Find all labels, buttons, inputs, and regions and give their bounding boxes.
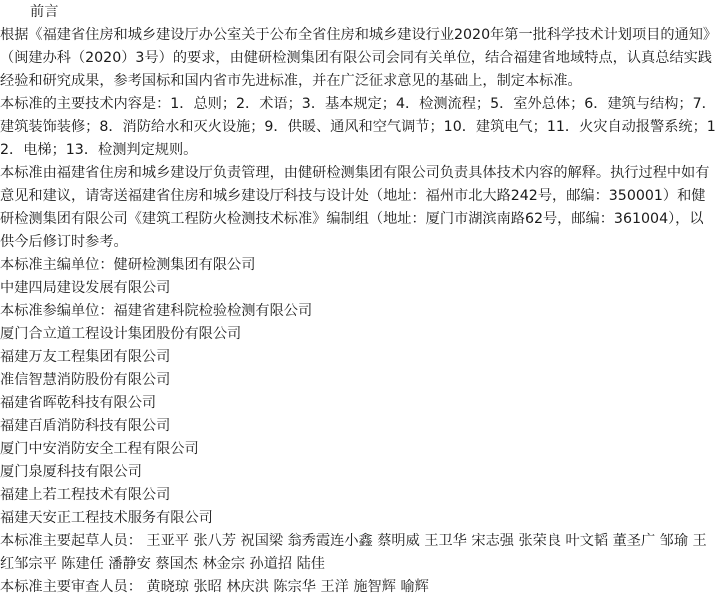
participating-line: 本标准参编单位：福建省建科院检验检测有限公司 (0, 300, 718, 323)
paragraph-contents: 本标准的主要技术内容是：1．总则；2．术语；3．基本规定；4．检测流程；5．室外… (0, 93, 716, 162)
participating-unit: 厦门合立道工程设计集团股份有限公司 (0, 323, 718, 346)
chief-editor-unit-2: 中建四局建设发展有限公司 (0, 277, 718, 300)
participating-unit: 福建万友工程集团有限公司 (0, 346, 718, 369)
reviewers-list: 本标准主要审查人员： 黄晓琼 张昭 林庆洪 陈宗华 王洋 施智辉 喻辉 (0, 576, 716, 595)
chief-editor-line: 本标准主编单位：健研检测集团有限公司 (0, 254, 718, 277)
participating-unit: 准信智慧消防股份有限公司 (0, 369, 718, 392)
section-title: 前言 (0, 1, 718, 24)
participating-unit: 福建百盾消防科技有限公司 (0, 415, 718, 438)
chief-editor-label: 本标准主编单位： (0, 257, 114, 273)
participating-unit: 厦门泉厦科技有限公司 (0, 461, 718, 484)
participating-unit: 福建天安正工程技术服务有限公司 (0, 507, 718, 530)
participating-unit: 福建省建科院检验检测有限公司 (114, 303, 313, 319)
participating-unit: 厦门中安消防安全工程有限公司 (0, 438, 718, 461)
drafters-list: 本标准主要起草人员： 王亚平 张八芳 祝国梁 翁秀霞连小鑫 蔡明威 王卫华 宋志… (0, 530, 716, 576)
document-body: 前言 根据《福建省住房和城乡建设厅办公室关于公布全省住房和城乡建设行业2020年… (0, 0, 718, 595)
participating-unit: 福建上若工程技术有限公司 (0, 484, 718, 507)
paragraph-management: 本标准由福建省住房和城乡建设厅负责管理，由健研检测集团有限公司负责具体技术内容的… (0, 162, 716, 254)
participating-label: 本标准参编单位： (0, 303, 114, 319)
chief-editor-unit: 健研检测集团有限公司 (114, 257, 256, 273)
participating-unit: 福建省晖乾科技有限公司 (0, 392, 718, 415)
paragraph-basis: 根据《福建省住房和城乡建设厅办公室关于公布全省住房和城乡建设行业2020年第一批… (0, 24, 716, 93)
